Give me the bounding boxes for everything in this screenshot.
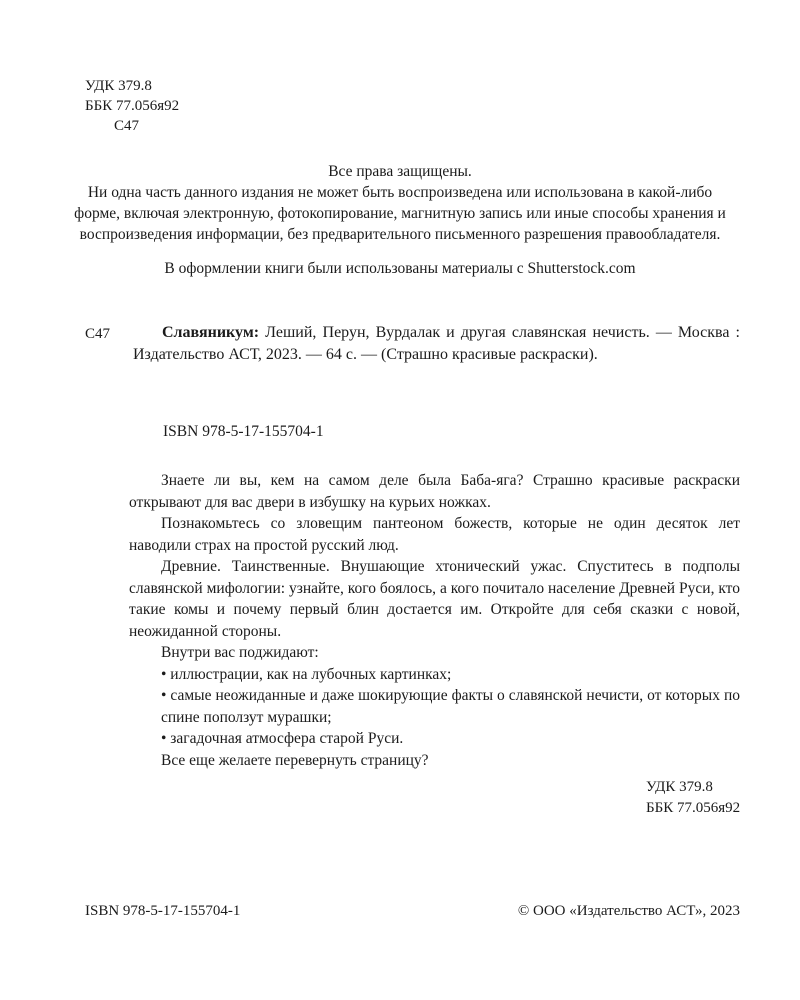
rights-notice: Все права защищены. Ни одна часть данног… — [70, 161, 730, 279]
annotation-bullet: • загадочная атмосфера старой Руси. — [161, 728, 740, 750]
annotation-paragraph: Древние. Таинственные. Внушающие хтониче… — [129, 556, 740, 642]
copyright-page: УДК 379.8 ББК 77.056я92 С47 Все права за… — [0, 0, 800, 1000]
annotation-bullet: • самые неожиданные и даже шокирующие фа… — [161, 685, 740, 728]
top-classification-codes: УДК 379.8 ББК 77.056я92 С47 — [85, 76, 179, 136]
bbk-code-top: ББК 77.056я92 — [85, 96, 179, 116]
annotation-paragraph: Знаете ли вы, кем на самом деле была Баб… — [129, 470, 740, 513]
annotation-bullet: • иллюстрации, как на лубочных картинках… — [161, 664, 740, 686]
catalog-author-code: С47 — [85, 323, 110, 345]
annotation-block: Знаете ли вы, кем на самом деле была Баб… — [129, 470, 740, 771]
annotation-paragraph: Познакомьтесь со зловещим пантеоном боже… — [129, 513, 740, 556]
udk-code-top: УДК 379.8 — [85, 76, 179, 96]
book-title: Славяникум: — [162, 324, 259, 341]
isbn-footer: ISBN 978-5-17-155704-1 — [85, 903, 240, 920]
annotation-closing: Все еще желаете перевернуть страницу? — [161, 750, 740, 772]
udk-code-bottom: УДК 379.8 — [646, 777, 740, 798]
bottom-classification-codes: УДК 379.8 ББК 77.056я92 — [646, 777, 740, 819]
catalog-description: Славяникум: Леший, Перун, Вурдалак и дру… — [133, 322, 740, 366]
isbn-number: ISBN 978-5-17-155704-1 — [163, 423, 324, 441]
annotation-list-intro: Внутри вас поджидают: — [161, 642, 740, 664]
bbk-code-bottom: ББК 77.056я92 — [646, 798, 740, 819]
design-credits: В оформлении книги были использованы мат… — [70, 258, 730, 279]
footer-line: ISBN 978-5-17-155704-1 © ООО «Издательст… — [85, 903, 740, 920]
catalog-entry: С47 Славяникум: Леший, Перун, Вурдалак и… — [133, 322, 740, 366]
rights-title: Все права защищены. — [70, 161, 730, 182]
author-code-top: С47 — [85, 116, 179, 136]
rights-body: Ни одна часть данного издания не может б… — [70, 182, 730, 245]
copyright-notice: © ООО «Издательство АСТ», 2023 — [518, 903, 740, 920]
